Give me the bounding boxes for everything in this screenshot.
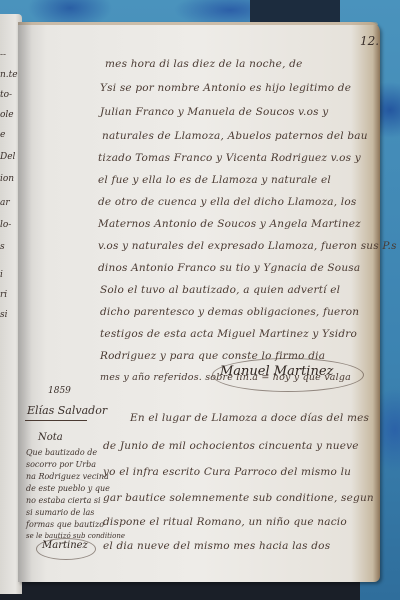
entry-line: dicho parentesco y demas obligaciones, f…: [100, 306, 359, 318]
left-fragment: Del: [0, 152, 15, 162]
left-fragment: i: [0, 270, 3, 280]
left-fragment: lo-: [0, 220, 11, 230]
entry-line: dinos Antonio Franco su tio y Ygnacia de…: [98, 262, 360, 274]
margin-note-line: Que bautizado de: [26, 448, 97, 457]
left-fragment: e: [0, 130, 5, 140]
entry-line: v.os y naturales del expresado Llamoza, …: [98, 240, 397, 252]
entry-line: dispone el ritual Romano, un niño que na…: [103, 516, 347, 528]
left-fragment: si: [0, 310, 8, 320]
entry-line: el dia nueve del mismo mes hacia las dos: [103, 540, 330, 552]
priest-signature: Manuel Martinez: [220, 364, 333, 379]
left-fragment: n.te: [0, 70, 18, 80]
margin-note-heading: Nota: [38, 432, 63, 443]
margin-note-line: de este pueblo y que: [26, 484, 110, 493]
dark-cloth-patch: [250, 0, 340, 22]
bottom-shadow: [0, 582, 360, 600]
page-top-edge: [18, 22, 378, 25]
entry-line: de otro de cuenca y ella del dicho Llamo…: [98, 196, 356, 208]
margin-year: 1859: [48, 386, 71, 396]
margin-note-line: formas que bautizo: [26, 520, 104, 529]
page-number: 12.: [360, 34, 379, 48]
margin-underline: [25, 420, 87, 421]
entry-line: En el lugar de Llamoza a doce días del m…: [130, 412, 369, 424]
entry-line: Maternos Antonio de Soucos y Angela Mart…: [98, 218, 361, 230]
left-fragment: s: [0, 242, 5, 252]
entry-line: tizado Tomas Franco y Vicenta Rodriguez …: [98, 152, 361, 164]
entry-line: yo el infra escrito Cura Parroco del mis…: [103, 466, 351, 478]
margin-note-line: no estaba cierta si: [26, 496, 101, 505]
entry-line: naturales de Llamoza, Abuelos paternos d…: [102, 130, 368, 142]
entry-line: mes hora di las diez de la noche, de: [105, 58, 303, 70]
left-fragment: --: [0, 50, 6, 60]
entry-line: Ysi se por nombre Antonio es hijo legiti…: [100, 82, 351, 94]
margin-note-line: si sumario de las: [26, 508, 94, 517]
margin-note-line: socorro por Urba: [26, 460, 96, 469]
margin-signature: Martinez: [42, 540, 88, 551]
entry-line: de Junio de mil ochocientos cincuenta y …: [103, 440, 359, 452]
entry-line: el fue y ella lo es de Llamoza y natural…: [98, 174, 331, 186]
margin-baptized-name: Elías Salvador: [27, 404, 107, 417]
left-fragment: ion: [0, 174, 14, 184]
margin-note-line: na Rodriguez vecina: [26, 472, 109, 481]
entry-line: gar bautice solemnemente sub conditione,…: [103, 492, 374, 504]
left-fragment: ole: [0, 110, 14, 120]
entry-line: testigos de esta acta Miguel Martinez y …: [100, 328, 357, 340]
entry-line: Julian Franco y Manuela de Soucos v.os y: [100, 106, 328, 118]
left-fragment: to-: [0, 90, 12, 100]
left-fragment: ri: [0, 290, 7, 300]
left-fragment: ar: [0, 198, 10, 208]
entry-line: Solo el tuvo al bautizado, a quien adver…: [100, 284, 340, 296]
